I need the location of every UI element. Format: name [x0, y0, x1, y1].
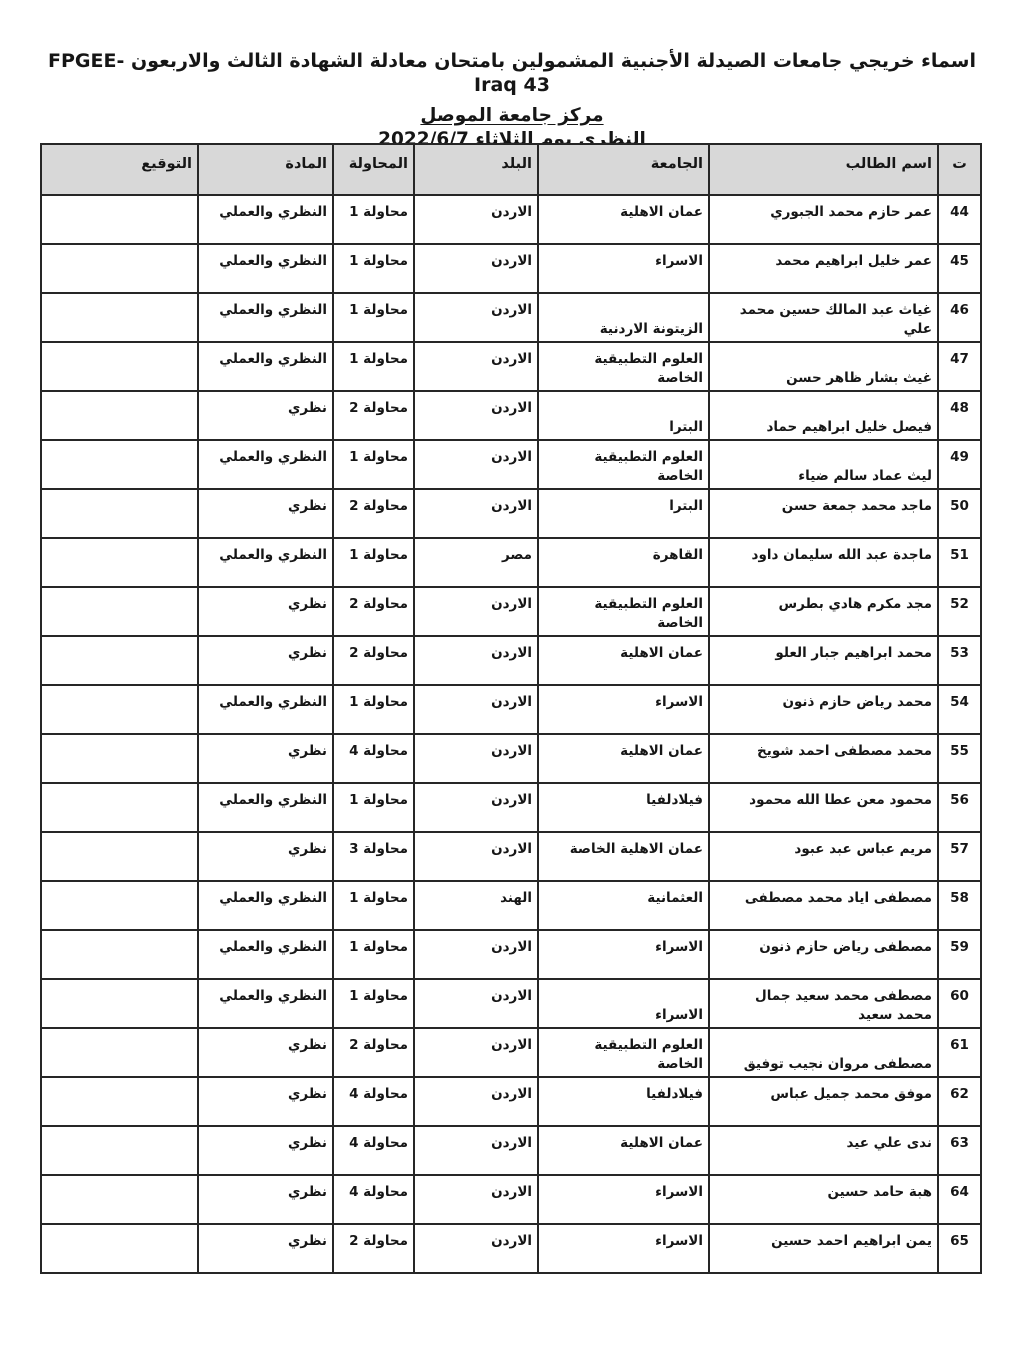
cell-country: الاردن	[414, 832, 538, 881]
cell-attempt: محاولة 4	[333, 1175, 414, 1224]
cell-subject: نظري	[198, 1077, 333, 1126]
cell-row-number: 63	[938, 1126, 981, 1175]
cell-attempt: محاولة 3	[333, 832, 414, 881]
cell-student-name: مجد مكرم هادي بطرس	[709, 587, 938, 636]
cell-subject: النظري والعملي	[198, 783, 333, 832]
cell-country: الاردن	[414, 440, 538, 489]
cell-country: الاردن	[414, 391, 538, 440]
cell-subject: النظري والعملي	[198, 342, 333, 391]
cell-row-number: 59	[938, 930, 981, 979]
cell-country: الاردن	[414, 783, 538, 832]
table-row: 54 محمد رياض حازم ذنون الاسراء الاردن مح…	[41, 685, 981, 734]
cell-row-number: 64	[938, 1175, 981, 1224]
cell-subject: نظري	[198, 1028, 333, 1077]
col-header-no: ت	[938, 144, 981, 195]
cell-student-name: مصطفى رياض حازم ذنون	[709, 930, 938, 979]
col-header-attempt: المحاولة	[333, 144, 414, 195]
cell-country: الاردن	[414, 244, 538, 293]
cell-attempt: محاولة 2	[333, 489, 414, 538]
cell-country: الاردن	[414, 1175, 538, 1224]
cell-student-name: مصطفى محمد سعيد جمال محمد سعيد	[709, 979, 938, 1028]
cell-country: الاردن	[414, 930, 538, 979]
cell-country: الهند	[414, 881, 538, 930]
cell-row-number: 57	[938, 832, 981, 881]
cell-attempt: محاولة 1	[333, 685, 414, 734]
cell-subject: نظري	[198, 636, 333, 685]
table-row: 53 محمد ابراهيم جبار العلو عمان الاهلية …	[41, 636, 981, 685]
cell-country: الاردن	[414, 489, 538, 538]
cell-attempt: محاولة 4	[333, 734, 414, 783]
cell-signature	[41, 1028, 198, 1077]
cell-signature	[41, 391, 198, 440]
cell-row-number: 44	[938, 195, 981, 244]
cell-university: الاسراء	[538, 1175, 709, 1224]
cell-subject: النظري والعملي	[198, 979, 333, 1028]
cell-attempt: محاولة 1	[333, 440, 414, 489]
cell-country: الاردن	[414, 734, 538, 783]
cell-subject: النظري والعملي	[198, 293, 333, 342]
cell-university: عمان الاهلية	[538, 195, 709, 244]
cell-row-number: 62	[938, 1077, 981, 1126]
table-row: 52 مجد مكرم هادي بطرس العلوم التطبيقية ا…	[41, 587, 981, 636]
document-page: اسماء خريجي جامعات الصيدلة الأجنبية المش…	[0, 0, 1024, 1355]
table-row: 56 محمود معن عطا الله محمود فيلادلفيا ال…	[41, 783, 981, 832]
cell-country: مصر	[414, 538, 538, 587]
table-row: 63 ندى علي عيد عمان الاهلية الاردن محاول…	[41, 1126, 981, 1175]
cell-student-name: ليث عماد سالم ضياء	[709, 440, 938, 489]
cell-university: العثمانية	[538, 881, 709, 930]
table-row: 48 فيصل خليل ابراهيم حماد البترا الاردن …	[41, 391, 981, 440]
cell-subject: نظري	[198, 391, 333, 440]
cell-country: الاردن	[414, 685, 538, 734]
cell-signature	[41, 783, 198, 832]
cell-student-name: عمر خليل ابراهيم محمد	[709, 244, 938, 293]
cell-row-number: 45	[938, 244, 981, 293]
cell-university: فيلادلفيا	[538, 1077, 709, 1126]
cell-university: عمان الاهلية	[538, 636, 709, 685]
table-row: 46 غياث عبد المالك حسين محمد علي الزيتون…	[41, 293, 981, 342]
col-header-subject: المادة	[198, 144, 333, 195]
cell-attempt: محاولة 2	[333, 587, 414, 636]
cell-university: فيلادلفيا	[538, 783, 709, 832]
cell-subject: النظري والعملي	[198, 195, 333, 244]
cell-country: الاردن	[414, 587, 538, 636]
cell-subject: النظري والعملي	[198, 685, 333, 734]
cell-attempt: محاولة 2	[333, 1224, 414, 1273]
cell-signature	[41, 489, 198, 538]
cell-university: عمان الاهلية	[538, 1126, 709, 1175]
cell-country: الاردن	[414, 342, 538, 391]
table-row: 58 مصطفى اياد محمد مصطفى العثمانية الهند…	[41, 881, 981, 930]
cell-student-name: محمد رياض حازم ذنون	[709, 685, 938, 734]
cell-university: الاسراء	[538, 244, 709, 293]
cell-subject: النظري والعملي	[198, 440, 333, 489]
table-row: 44 عمر حازم محمد الجبوري عمان الاهلية ال…	[41, 195, 981, 244]
table-row: 50 ماجد محمد جمعة حسن البترا الاردن محاو…	[41, 489, 981, 538]
col-header-university: الجامعة	[538, 144, 709, 195]
cell-signature	[41, 1224, 198, 1273]
cell-student-name: محمد ابراهيم جبار العلو	[709, 636, 938, 685]
cell-row-number: 61	[938, 1028, 981, 1077]
cell-student-name: مصطفى مروان نجيب توفيق	[709, 1028, 938, 1077]
cell-signature	[41, 538, 198, 587]
table-row: 64 هبة حامد حسين الاسراء الاردن محاولة 4…	[41, 1175, 981, 1224]
cell-subject: نظري	[198, 1175, 333, 1224]
cell-row-number: 48	[938, 391, 981, 440]
cell-signature	[41, 685, 198, 734]
cell-signature	[41, 832, 198, 881]
cell-country: الاردن	[414, 1126, 538, 1175]
cell-signature	[41, 930, 198, 979]
cell-country: الاردن	[414, 1224, 538, 1273]
cell-signature	[41, 342, 198, 391]
cell-signature	[41, 1175, 198, 1224]
cell-university: الزيتونة الاردنية	[538, 293, 709, 342]
col-header-student-name: اسم الطالب	[709, 144, 938, 195]
cell-signature	[41, 979, 198, 1028]
cell-subject: نظري	[198, 587, 333, 636]
students-table: ت اسم الطالب الجامعة البلد المحاولة الما…	[40, 143, 982, 1274]
table-row: 60 مصطفى محمد سعيد جمال محمد سعيد الاسرا…	[41, 979, 981, 1028]
document-header: اسماء خريجي جامعات الصيدلة الأجنبية المش…	[0, 50, 1024, 150]
cell-signature	[41, 293, 198, 342]
table-row: 61 مصطفى مروان نجيب توفيق العلوم التطبيق…	[41, 1028, 981, 1077]
cell-university: الاسراء	[538, 685, 709, 734]
cell-attempt: محاولة 1	[333, 244, 414, 293]
table-row: 49 ليث عماد سالم ضياء العلوم التطبيقية ا…	[41, 440, 981, 489]
cell-subject: النظري والعملي	[198, 881, 333, 930]
exam-center-title: مركز جامعة الموصل	[0, 105, 1024, 126]
cell-signature	[41, 587, 198, 636]
cell-attempt: محاولة 2	[333, 391, 414, 440]
cell-signature	[41, 195, 198, 244]
cell-student-name: محمود معن عطا الله محمود	[709, 783, 938, 832]
table-row: 59 مصطفى رياض حازم ذنون الاسراء الاردن م…	[41, 930, 981, 979]
cell-university: البترا	[538, 391, 709, 440]
cell-subject: نظري	[198, 1224, 333, 1273]
cell-attempt: محاولة 1	[333, 783, 414, 832]
cell-row-number: 55	[938, 734, 981, 783]
cell-subject: نظري	[198, 832, 333, 881]
cell-row-number: 65	[938, 1224, 981, 1273]
col-header-country: البلد	[414, 144, 538, 195]
cell-subject: النظري والعملي	[198, 930, 333, 979]
cell-student-name: مصطفى اياد محمد مصطفى	[709, 881, 938, 930]
table-row: 47 غيث بشار ظاهر حسن العلوم التطبيقية ال…	[41, 342, 981, 391]
cell-university: القاهرة	[538, 538, 709, 587]
cell-attempt: محاولة 2	[333, 636, 414, 685]
cell-row-number: 51	[938, 538, 981, 587]
cell-attempt: محاولة 1	[333, 293, 414, 342]
cell-student-name: موفق محمد جميل عباس	[709, 1077, 938, 1126]
cell-university: العلوم التطبيقية الخاصة	[538, 440, 709, 489]
table-row: 57 مريم عباس عبد عبود عمان الاهلية الخاص…	[41, 832, 981, 881]
cell-university: عمان الاهلية	[538, 734, 709, 783]
cell-student-name: يمن ابراهيم احمد حسين	[709, 1224, 938, 1273]
cell-attempt: محاولة 4	[333, 1077, 414, 1126]
cell-student-name: مريم عباس عبد عبود	[709, 832, 938, 881]
cell-subject: نظري	[198, 489, 333, 538]
cell-attempt: محاولة 2	[333, 1028, 414, 1077]
cell-student-name: ندى علي عيد	[709, 1126, 938, 1175]
cell-attempt: محاولة 1	[333, 195, 414, 244]
cell-row-number: 53	[938, 636, 981, 685]
cell-row-number: 46	[938, 293, 981, 342]
cell-row-number: 60	[938, 979, 981, 1028]
cell-row-number: 50	[938, 489, 981, 538]
cell-signature	[41, 636, 198, 685]
table-row: 62 موفق محمد جميل عباس فيلادلفيا الاردن …	[41, 1077, 981, 1126]
cell-signature	[41, 1077, 198, 1126]
cell-university: العلوم التطبيقية الخاصة	[538, 1028, 709, 1077]
cell-signature	[41, 244, 198, 293]
cell-attempt: محاولة 4	[333, 1126, 414, 1175]
cell-row-number: 54	[938, 685, 981, 734]
cell-subject: النظري والعملي	[198, 244, 333, 293]
table-row: 51 ماجدة عبد الله سليمان داود القاهرة مص…	[41, 538, 981, 587]
cell-country: الاردن	[414, 636, 538, 685]
cell-row-number: 56	[938, 783, 981, 832]
cell-row-number: 49	[938, 440, 981, 489]
col-header-signature: التوقيع	[41, 144, 198, 195]
cell-country: الاردن	[414, 293, 538, 342]
cell-attempt: محاولة 1	[333, 930, 414, 979]
cell-student-name: هبة حامد حسين	[709, 1175, 938, 1224]
cell-student-name: غياث عبد المالك حسين محمد علي	[709, 293, 938, 342]
table-row: 45 عمر خليل ابراهيم محمد الاسراء الاردن …	[41, 244, 981, 293]
cell-signature	[41, 1126, 198, 1175]
cell-university: العلوم التطبيقية الخاصة	[538, 587, 709, 636]
cell-signature	[41, 881, 198, 930]
cell-row-number: 52	[938, 587, 981, 636]
cell-attempt: محاولة 1	[333, 979, 414, 1028]
cell-university: العلوم التطبيقية الخاصة	[538, 342, 709, 391]
cell-university: الاسراء	[538, 930, 709, 979]
cell-subject: النظري والعملي	[198, 538, 333, 587]
table-header-row: ت اسم الطالب الجامعة البلد المحاولة الما…	[41, 144, 981, 195]
cell-university: عمان الاهلية الخاصة	[538, 832, 709, 881]
cell-country: الاردن	[414, 979, 538, 1028]
cell-university: الاسراء	[538, 1224, 709, 1273]
cell-signature	[41, 734, 198, 783]
cell-country: الاردن	[414, 195, 538, 244]
document-title: اسماء خريجي جامعات الصيدلة الأجنبية المش…	[0, 50, 1024, 98]
cell-attempt: محاولة 1	[333, 342, 414, 391]
cell-university: البترا	[538, 489, 709, 538]
cell-student-name: عمر حازم محمد الجبوري	[709, 195, 938, 244]
cell-student-name: ماجد محمد جمعة حسن	[709, 489, 938, 538]
table-row: 55 محمد مصطفى احمد شويخ عمان الاهلية الا…	[41, 734, 981, 783]
cell-country: الاردن	[414, 1077, 538, 1126]
cell-university: الاسراء	[538, 979, 709, 1028]
cell-student-name: فيصل خليل ابراهيم حماد	[709, 391, 938, 440]
cell-attempt: محاولة 1	[333, 881, 414, 930]
cell-student-name: غيث بشار ظاهر حسن	[709, 342, 938, 391]
cell-student-name: محمد مصطفى احمد شويخ	[709, 734, 938, 783]
cell-subject: نظري	[198, 734, 333, 783]
cell-row-number: 47	[938, 342, 981, 391]
cell-country: الاردن	[414, 1028, 538, 1077]
cell-row-number: 58	[938, 881, 981, 930]
cell-attempt: محاولة 1	[333, 538, 414, 587]
cell-student-name: ماجدة عبد الله سليمان داود	[709, 538, 938, 587]
cell-subject: نظري	[198, 1126, 333, 1175]
cell-signature	[41, 440, 198, 489]
table-row: 65 يمن ابراهيم احمد حسين الاسراء الاردن …	[41, 1224, 981, 1273]
